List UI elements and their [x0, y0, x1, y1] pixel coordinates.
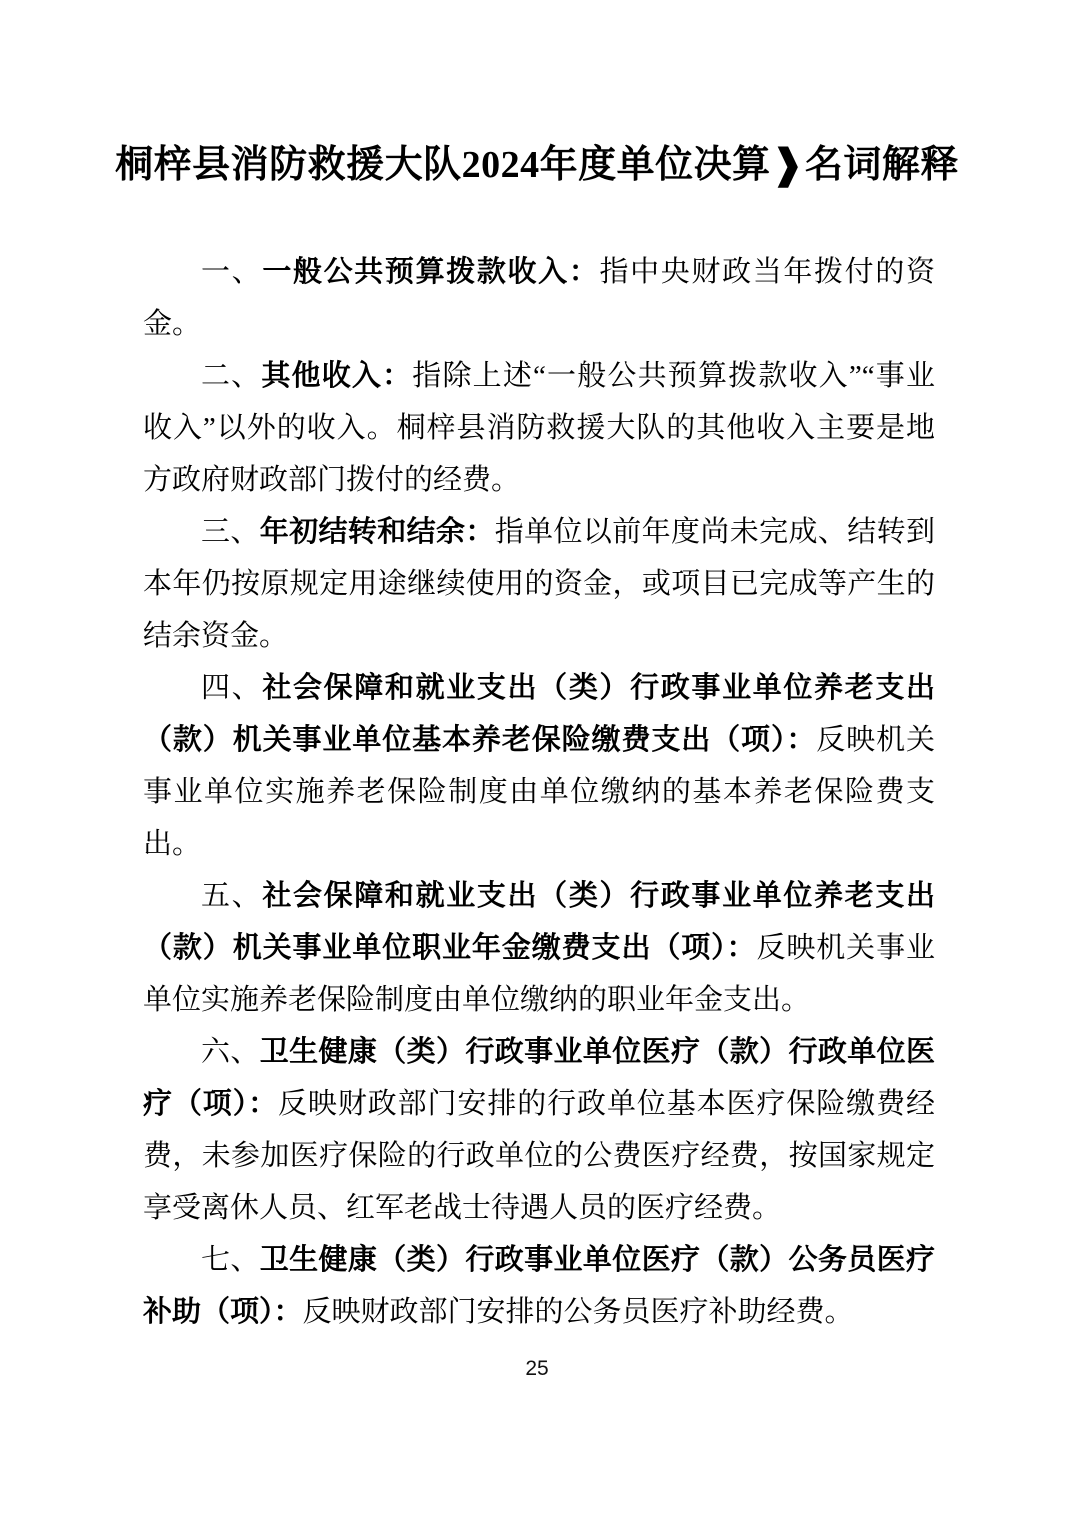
glossary-paragraph-2: 二、其他收入：指除上述“一般公共预算拨款收入”“事业收入”以外的收入。桐梓县消防… [143, 350, 935, 506]
item-number: 三、 [201, 516, 260, 548]
glossary-paragraph-3: 三、年初结转和结余：指单位以前年度尚未完成、结转到本年仍按原规定用途继续使用的资… [143, 506, 935, 662]
document-page: 桐梓县消防救援大队2024年度单位决算❱名词解释 一、一般公共预算拨款收入：指中… [0, 0, 1074, 1520]
page-title-suffix: 名词解释 [805, 144, 959, 186]
page-title: 桐梓县消防救援大队2024年度单位决算❱名词解释 [0, 0, 1074, 190]
glossary-term: 年初结转和结余： [260, 516, 495, 548]
item-number: 七、 [201, 1244, 260, 1276]
glossary-paragraph-7: 七、卫生健康（类）行政事业单位医疗（款）公务员医疗补助（项）：反映财政部门安排的… [143, 1234, 935, 1338]
glossary-definition: 反映财政部门安排的公务员医疗补助经费。 [303, 1296, 854, 1328]
item-number: 五、 [201, 880, 262, 912]
chevron-right-icon: ❱ [772, 139, 804, 192]
page-number: 25 [0, 1356, 1074, 1382]
glossary-paragraph-6: 六、卫生健康（类）行政事业单位医疗（款）行政单位医疗（项）：反映财政部门安排的行… [143, 1026, 935, 1234]
item-number: 六、 [201, 1036, 260, 1068]
glossary-term: 一般公共预算拨款收入： [262, 256, 599, 288]
item-number: 二、 [201, 360, 261, 392]
glossary-paragraph-1: 一、一般公共预算拨款收入：指中央财政当年拨付的资金。 [143, 246, 935, 350]
page-title-main: 桐梓县消防救援大队2024年度单位决算 [115, 144, 771, 186]
item-number: 四、 [201, 672, 262, 704]
item-number: 一、 [201, 256, 262, 288]
glossary-body: 一、一般公共预算拨款收入：指中央财政当年拨付的资金。 二、其他收入：指除上述“一… [143, 246, 935, 1338]
glossary-paragraph-4: 四、社会保障和就业支出（类）行政事业单位养老支出（款）机关事业单位基本养老保险缴… [143, 662, 935, 870]
glossary-paragraph-5: 五、社会保障和就业支出（类）行政事业单位养老支出（款）机关事业单位职业年金缴费支… [143, 870, 935, 1026]
glossary-term: 其他收入： [261, 360, 412, 392]
